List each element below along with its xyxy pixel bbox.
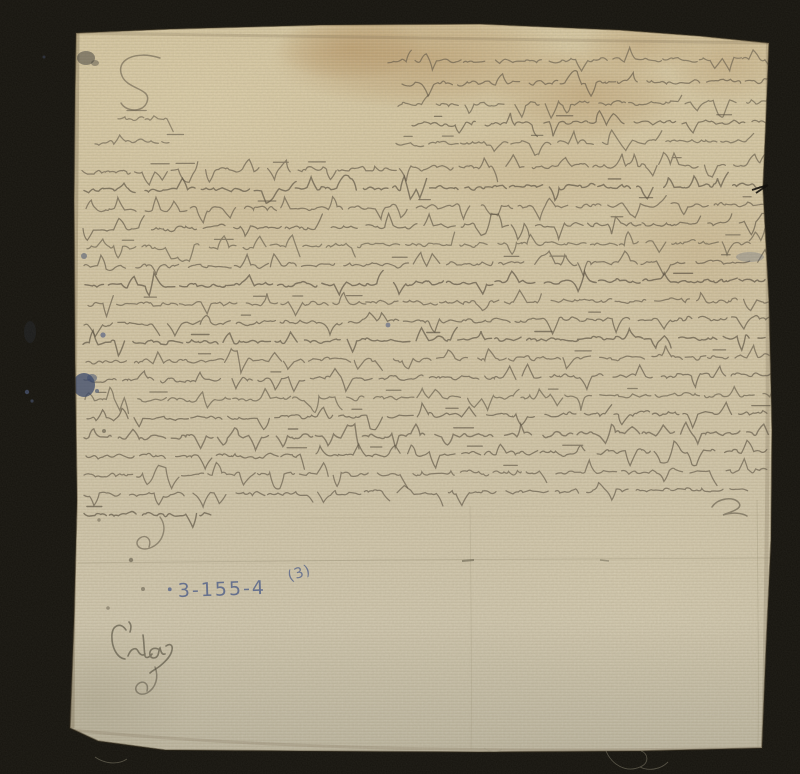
archival-manuscript-photo: 3-155-4 (3) — [0, 0, 800, 774]
blue-blot — [81, 253, 87, 259]
backdrop-smudge — [24, 321, 36, 343]
corner-smudge — [91, 60, 99, 66]
grain-texture — [60, 18, 780, 758]
blue-dot — [100, 332, 105, 337]
manuscript-canvas: 3-155-4 (3) — [0, 0, 800, 774]
crease-mark — [462, 560, 474, 561]
crease-mark — [600, 560, 609, 561]
parchment-sheet: 3-155-4 (3) — [0, 6, 800, 774]
margin-speck — [129, 558, 133, 562]
blue-speck — [30, 399, 33, 402]
reference-number: 3-155-4 — [177, 577, 266, 602]
blue-speck — [43, 56, 46, 59]
blue-dot — [386, 323, 391, 328]
blue-speck — [25, 390, 29, 394]
margin-speck — [102, 429, 106, 433]
margin-speck — [106, 606, 110, 610]
margin-speck — [141, 587, 145, 591]
blue-blot — [95, 389, 99, 393]
blue-blot — [87, 374, 97, 382]
margin-speck — [97, 518, 100, 521]
blue-smudge — [736, 252, 764, 262]
